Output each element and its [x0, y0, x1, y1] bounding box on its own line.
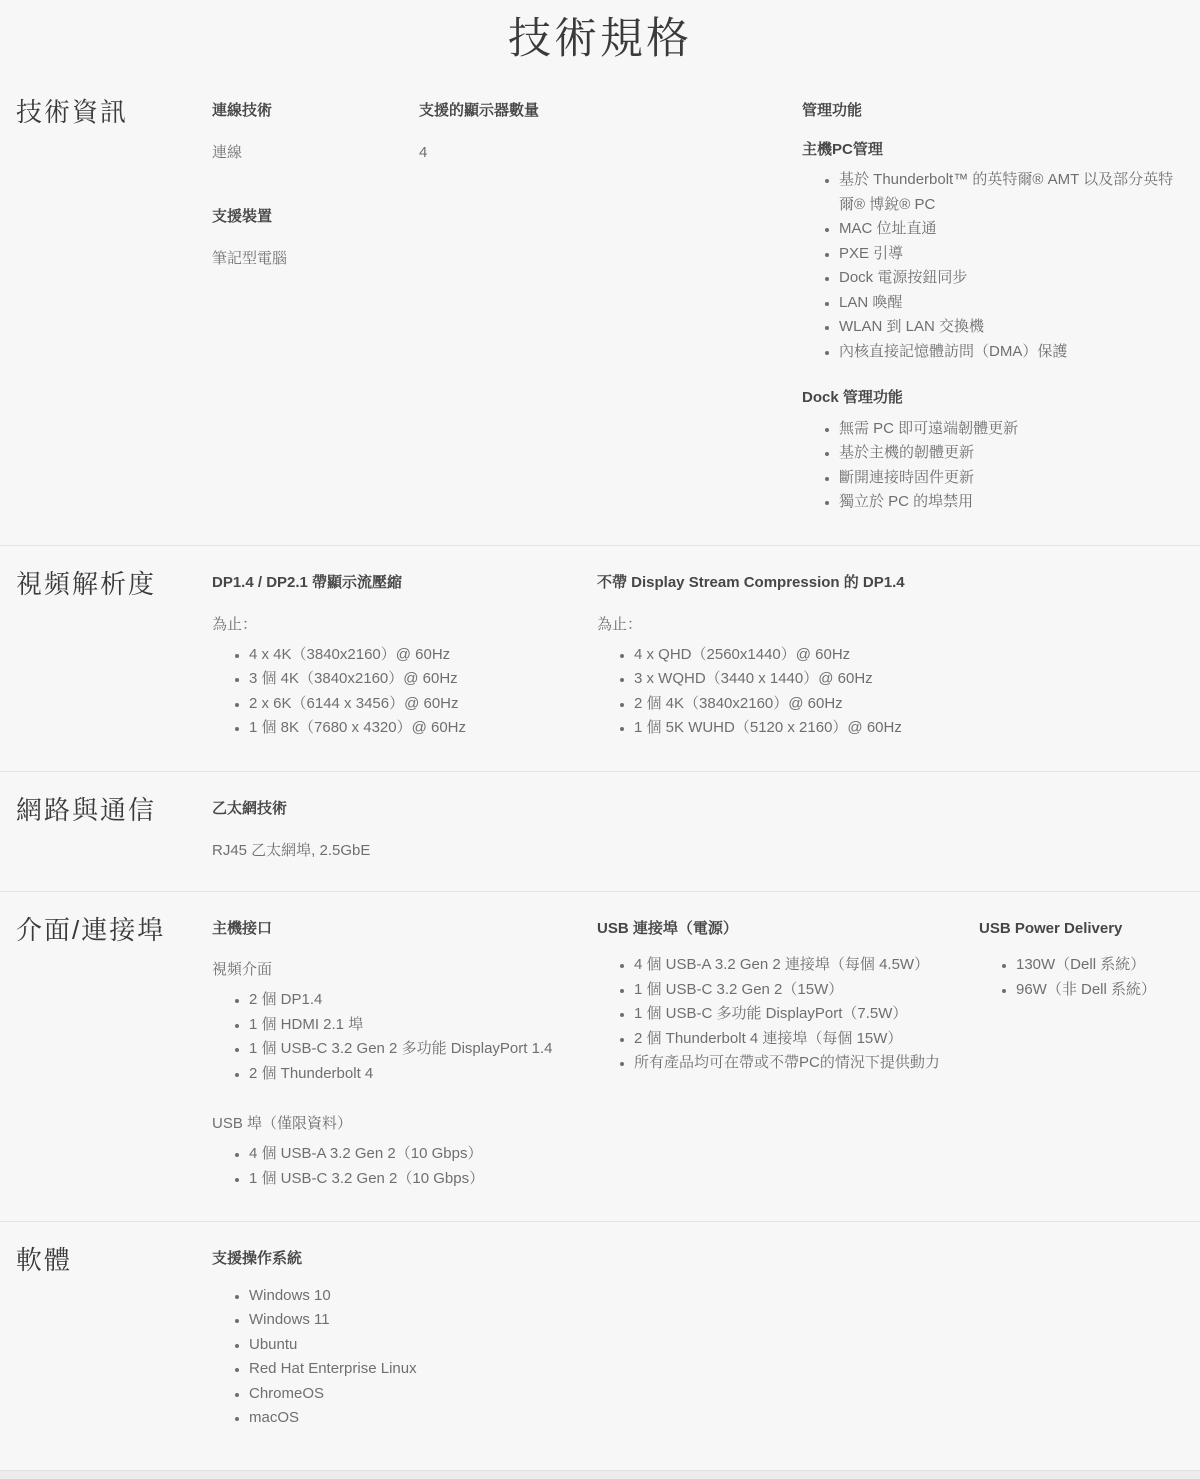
section-video-resolution-content: DP1.4 / DP2.1 帶顯示流壓縮 為止： 4 x 4K（3840x216… [212, 573, 1184, 741]
dsc-intro: 為止： [212, 614, 577, 635]
section-ports-content: 主機接口 視頻介面 2 個 DP1.41 個 HDMI 2.1 埠1 個 USB… [212, 919, 1184, 1191]
page-title: 技術規格 [0, 0, 1200, 74]
list-item: Red Hat Enterprise Linux [249, 1357, 417, 1382]
list-item: 1 個 5K WUHD（5120 x 2160）@ 60Hz [634, 716, 1184, 741]
supported-devices-value: 筆記型電腦 [212, 248, 419, 269]
usb-power-ports-list: 4 個 USB-A 3.2 Gen 2 連接埠（每個 4.5W）1 個 USB-… [597, 953, 959, 1076]
list-item: 3 x WQHD（3440 x 1440）@ 60Hz [634, 667, 1184, 692]
list-item: 2 x 6K（6144 x 3456）@ 60Hz [249, 692, 577, 717]
list-item: 3 個 4K（3840x2160）@ 60Hz [249, 667, 577, 692]
list-item: Dock 電源按鈕同步 [839, 266, 1182, 291]
host-pc-management-subheader: 主機PC管理 [802, 140, 1182, 160]
list-item: 2 個 DP1.4 [249, 988, 577, 1013]
video-interface-sublabel: 視頻介面 [212, 959, 577, 980]
usb-power-ports-column: USB 連接埠（電源） 4 個 USB-A 3.2 Gen 2 連接埠（每個 4… [597, 919, 979, 1076]
supported-os-column: 支援操作系統 Windows 10Windows 11UbuntuRed Hat… [212, 1249, 417, 1430]
section-software-content: 支援操作系統 Windows 10Windows 11UbuntuRed Hat… [212, 1249, 1184, 1430]
ethernet-tech-value: RJ45 乙太網埠, 2.5GbE [212, 840, 370, 861]
dsc-column: DP1.4 / DP2.1 帶顯示流壓縮 為止： 4 x 4K（3840x216… [212, 573, 597, 741]
list-item: 1 個 8K（7680 x 4320）@ 60Hz [249, 716, 577, 741]
management-column: 管理功能 主機PC管理 基於 Thunderbolt™ 的英特爾® AMT 以及… [802, 101, 1184, 515]
display-count-column: 支援的顯示器數量 4 [419, 101, 802, 163]
list-item: Windows 11 [249, 1308, 417, 1333]
section-ports: 介面/連接埠 主機接口 視頻介面 2 個 DP1.41 個 HDMI 2.1 埠… [0, 891, 1200, 1221]
host-interface-header: 主機接口 [212, 919, 577, 939]
section-software: 軟體 支援操作系統 Windows 10Windows 11UbuntuRed … [0, 1221, 1200, 1460]
section-tech-info: 技術資訊 連線技術 連線 支援裝置 筆記型電腦 支援的顯示器數量 4 管理功能 … [0, 74, 1200, 545]
list-item: MAC 位址直通 [839, 217, 1182, 242]
dock-management-list: 無需 PC 即可遠端韌體更新基於主機的韌體更新斷開連接時固件更新獨立於 PC 的… [802, 417, 1182, 515]
section-network: 網路與通信 乙太網技術 RJ45 乙太網埠, 2.5GbE [0, 771, 1200, 891]
section-tech-info-label: 技術資訊 [16, 95, 212, 130]
display-count-value: 4 [419, 142, 802, 163]
list-item: 內核直接記憶體訪問（DMA）保護 [839, 340, 1182, 365]
section-software-label: 軟體 [16, 1243, 212, 1278]
usb-data-ports-list: 4 個 USB-A 3.2 Gen 2（10 Gbps）1 個 USB-C 3.… [212, 1142, 577, 1191]
list-item: 96W（非 Dell 系統） [1016, 978, 1184, 1003]
list-item: 1 個 USB-C 3.2 Gen 2（10 Gbps） [249, 1167, 577, 1192]
section-tech-info-content: 連線技術 連線 支援裝置 筆記型電腦 支援的顯示器數量 4 管理功能 主機PC管… [212, 101, 1184, 515]
list-item: 2 個 Thunderbolt 4 [249, 1062, 577, 1087]
no-dsc-intro: 為止： [597, 614, 1184, 635]
video-interface-list: 2 個 DP1.41 個 HDMI 2.1 埠1 個 USB-C 3.2 Gen… [212, 988, 577, 1086]
list-item: 基於 Thunderbolt™ 的英特爾® AMT 以及部分英特爾® 博銳® P… [839, 168, 1182, 217]
connection-tech-header: 連線技術 [212, 101, 419, 121]
section-video-resolution: 視頻解析度 DP1.4 / DP2.1 帶顯示流壓縮 為止： 4 x 4K（38… [0, 545, 1200, 771]
supported-os-list: Windows 10Windows 11UbuntuRed Hat Enterp… [212, 1284, 417, 1431]
section-network-label: 網路與通信 [16, 793, 212, 828]
no-dsc-column: 不帶 Display Stream Compression 的 DP1.4 為止… [597, 573, 1184, 741]
list-item: 4 x QHD（2560x1440）@ 60Hz [634, 643, 1184, 668]
list-item: 1 個 USB-C 3.2 Gen 2 多功能 DisplayPort 1.4 [249, 1037, 577, 1062]
list-item: 獨立於 PC 的埠禁用 [839, 490, 1182, 515]
host-pc-management-list: 基於 Thunderbolt™ 的英特爾® AMT 以及部分英特爾® 博銳® P… [802, 168, 1182, 364]
display-count-header: 支援的顯示器數量 [419, 101, 802, 121]
list-item: 1 個 USB-C 多功能 DisplayPort（7.5W） [634, 1002, 959, 1027]
footer-strip [0, 1470, 1200, 1479]
section-ports-label: 介面/連接埠 [16, 913, 212, 948]
section-video-resolution-label: 視頻解析度 [16, 567, 212, 602]
supported-os-header: 支援操作系統 [212, 1249, 417, 1269]
dsc-header: DP1.4 / DP2.1 帶顯示流壓縮 [212, 573, 577, 593]
list-item: 1 個 USB-C 3.2 Gen 2（15W） [634, 978, 959, 1003]
list-item: 4 個 USB-A 3.2 Gen 2 連接埠（每個 4.5W） [634, 953, 959, 978]
connection-column: 連線技術 連線 支援裝置 筆記型電腦 [212, 101, 419, 270]
connection-tech-value: 連線 [212, 142, 419, 163]
usb-power-delivery-header: USB Power Delivery [979, 919, 1184, 939]
ethernet-column: 乙太網技術 RJ45 乙太網埠, 2.5GbE [212, 799, 370, 861]
list-item: 4 x 4K（3840x2160）@ 60Hz [249, 643, 577, 668]
usb-data-ports-sublabel: USB 埠（僅限資料） [212, 1113, 577, 1134]
list-item: 基於主機的韌體更新 [839, 441, 1182, 466]
usb-power-delivery-list: 130W（Dell 系統）96W（非 Dell 系統） [979, 953, 1184, 1002]
list-item: Ubuntu [249, 1333, 417, 1358]
list-item: 2 個 Thunderbolt 4 連接埠（每個 15W） [634, 1027, 959, 1052]
list-item: 無需 PC 即可遠端韌體更新 [839, 417, 1182, 442]
list-item: 斷開連接時固件更新 [839, 466, 1182, 491]
list-item: ChromeOS [249, 1382, 417, 1407]
list-item: macOS [249, 1406, 417, 1431]
usb-power-ports-header: USB 連接埠（電源） [597, 919, 959, 939]
list-item: 1 個 HDMI 2.1 埠 [249, 1013, 577, 1038]
no-dsc-resolution-list: 4 x QHD（2560x1440）@ 60Hz3 x WQHD（3440 x … [597, 643, 1184, 741]
no-dsc-header: 不帶 Display Stream Compression 的 DP1.4 [597, 573, 1184, 593]
host-interface-column: 主機接口 視頻介面 2 個 DP1.41 個 HDMI 2.1 埠1 個 USB… [212, 919, 597, 1191]
list-item: 4 個 USB-A 3.2 Gen 2（10 Gbps） [249, 1142, 577, 1167]
usb-power-delivery-column: USB Power Delivery 130W（Dell 系統）96W（非 De… [979, 919, 1184, 1002]
list-item: Windows 10 [249, 1284, 417, 1309]
section-network-content: 乙太網技術 RJ45 乙太網埠, 2.5GbE [212, 799, 1184, 861]
list-item: PXE 引導 [839, 242, 1182, 267]
list-item: 130W（Dell 系統） [1016, 953, 1184, 978]
list-item: WLAN 到 LAN 交換機 [839, 315, 1182, 340]
dsc-resolution-list: 4 x 4K（3840x2160）@ 60Hz3 個 4K（3840x2160）… [212, 643, 577, 741]
list-item: 所有產品均可在帶或不帶PC的情況下提供動力 [634, 1051, 959, 1076]
management-header: 管理功能 [802, 101, 1182, 121]
list-item: LAN 喚醒 [839, 291, 1182, 316]
supported-devices-header: 支援裝置 [212, 207, 419, 227]
list-item: 2 個 4K（3840x2160）@ 60Hz [634, 692, 1184, 717]
tech-specs-page: 技術規格 技術資訊 連線技術 連線 支援裝置 筆記型電腦 支援的顯示器數量 4 … [0, 0, 1200, 1479]
ethernet-tech-header: 乙太網技術 [212, 799, 370, 819]
dock-management-subheader: Dock 管理功能 [802, 388, 1182, 408]
